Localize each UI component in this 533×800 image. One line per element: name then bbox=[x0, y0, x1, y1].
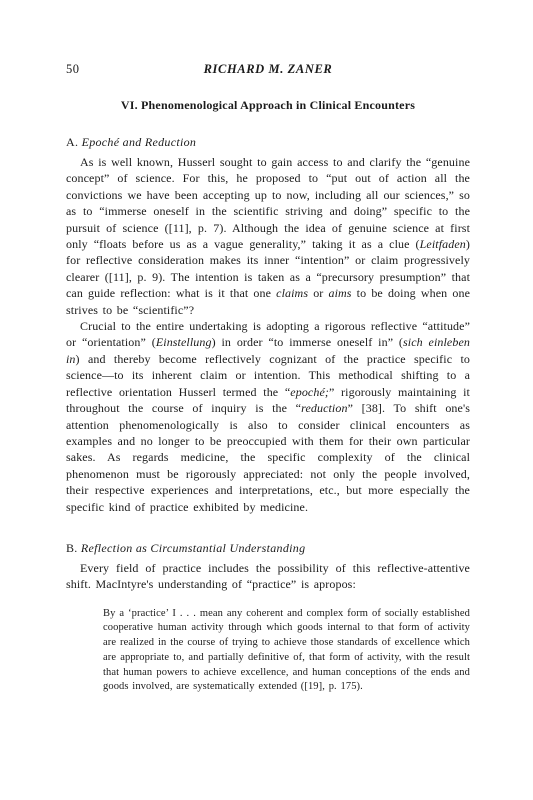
subsection-a-heading: A. Epoché and Reduction bbox=[66, 135, 470, 150]
block-quote: By a ‘practice’ I . . . mean any coheren… bbox=[103, 607, 470, 695]
section-title: VI. Phenomenological Approach in Clinica… bbox=[66, 98, 470, 113]
paragraph-b1: Every field of practice includes the pos… bbox=[66, 560, 470, 593]
paragraph-a2: Crucial to the entire undertaking is ado… bbox=[66, 318, 470, 515]
paragraph-a1: As is well known, Husserl sought to gain… bbox=[66, 154, 470, 318]
running-head: RICHARD M. ZANER bbox=[66, 62, 470, 77]
subsection-b-heading: B. Reflection as Circumstantial Understa… bbox=[66, 541, 470, 556]
page-header: 50 RICHARD M. ZANER bbox=[66, 62, 470, 78]
book-page: 50 RICHARD M. ZANER VI. Phenomenological… bbox=[0, 0, 533, 800]
